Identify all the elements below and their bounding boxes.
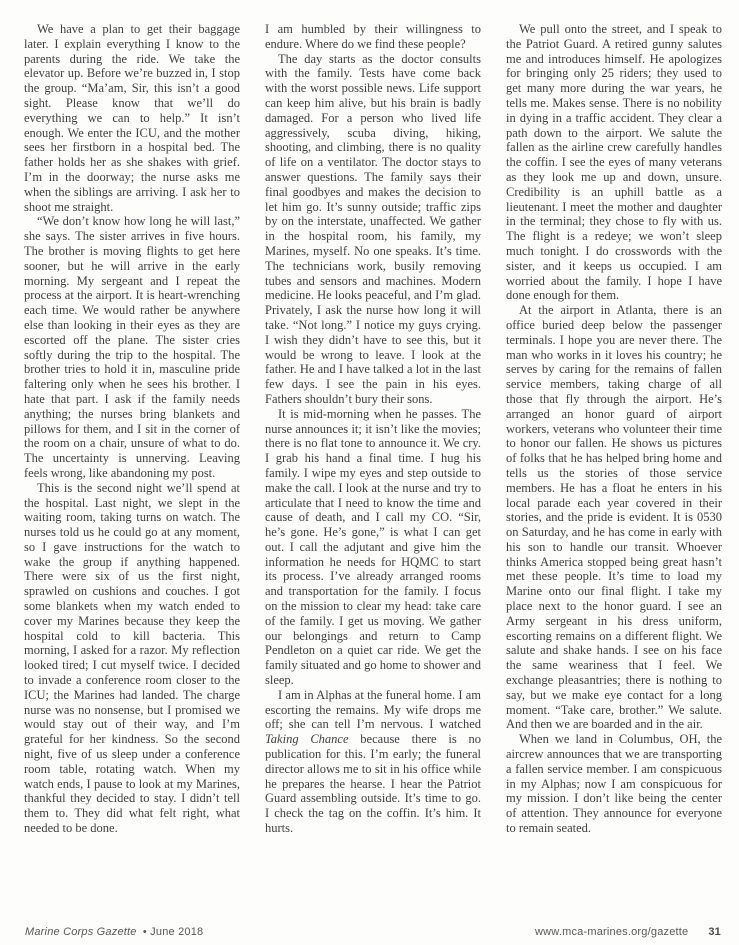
text-run: It is mid-morning when he passes. The nu… (265, 407, 481, 687)
text-column-3: We pull onto the street, and I speak to … (506, 22, 722, 836)
paragraph: I am humbled by their willingness to end… (265, 22, 481, 52)
text-run: We pull onto the street, and I speak to … (506, 22, 722, 302)
paragraph: It is mid-morning when he passes. The nu… (265, 407, 481, 688)
article-body: We have a plan to get their baggage late… (24, 22, 722, 836)
paragraph: We have a plan to get their baggage late… (24, 22, 240, 214)
text-run: because there is no publication for this… (265, 732, 481, 835)
text-run: I am humbled by their willingness to end… (265, 22, 481, 51)
paragraph: At the airport in Atlanta, there is an o… (506, 303, 722, 732)
italic-text-run: Taking Chance (265, 732, 349, 746)
text-run: When we land in Columbus, OH, the aircre… (506, 732, 722, 835)
text-run: We have a plan to get their baggage late… (24, 22, 240, 214)
paragraph: The day starts as the doctor consults wi… (265, 52, 481, 407)
paragraph: I am in Alphas at the funeral home. I am… (265, 688, 481, 836)
text-run: At the airport in Atlanta, there is an o… (506, 303, 722, 731)
text-run: The day starts as the doctor consults wi… (265, 52, 481, 406)
paragraph: We pull onto the street, and I speak to … (506, 22, 722, 303)
footer-journal-info: Marine Corps Gazette • June 2018 (25, 926, 203, 938)
paragraph: When we land in Columbus, OH, the aircre… (506, 732, 722, 836)
text-run: This is the second night we’ll spend at … (24, 481, 240, 835)
text-run: “We don’t know how long he will last,” s… (24, 214, 240, 480)
journal-title: Marine Corps Gazette (25, 926, 137, 938)
text-column-1: We have a plan to get their baggage late… (24, 22, 240, 836)
page-footer: Marine Corps Gazette • June 2018 www.mca… (25, 926, 721, 938)
paragraph: “We don’t know how long he will last,” s… (24, 214, 240, 480)
issue-date: • June 2018 (143, 926, 204, 938)
text-column-2: I am humbled by their willingness to end… (265, 22, 481, 836)
magazine-page: We have a plan to get their baggage late… (0, 0, 739, 945)
footer-site-info: www.mca-marines.org/gazette 31 (535, 926, 721, 938)
text-run: I am in Alphas at the funeral home. I am… (265, 688, 481, 732)
paragraph: This is the second night we’ll spend at … (24, 481, 240, 836)
website-url: www.mca-marines.org/gazette (535, 926, 688, 938)
page-number: 31 (708, 926, 721, 938)
